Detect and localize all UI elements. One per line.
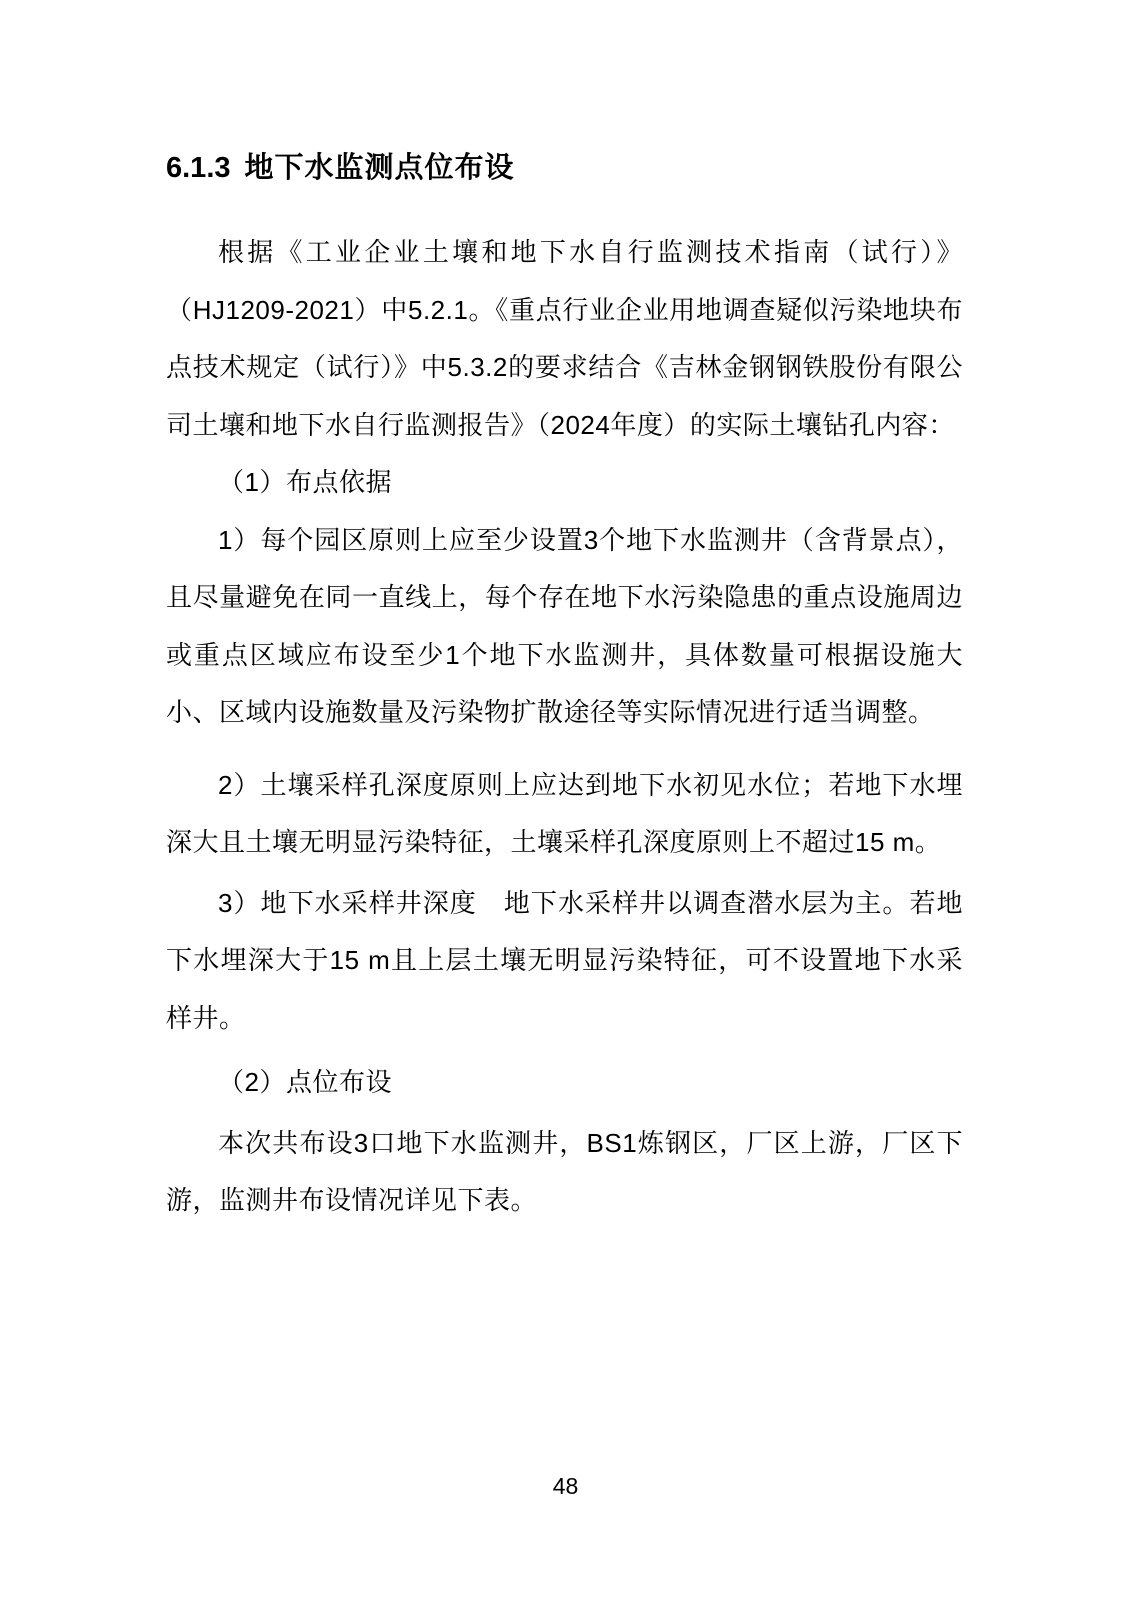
subheading-layout: （2）点位布设 xyxy=(166,1054,963,1112)
paragraph-closing: 本次共布设3口地下水监测井，BS1炼钢区，厂区上游，厂区下游，监测井布设情况详见… xyxy=(166,1115,963,1230)
paragraph-item2: 2）土壤采样孔深度原则上应达到地下水初见水位；若地下水埋深大且土壤无明显污染特征… xyxy=(166,757,963,872)
page-number: 48 xyxy=(0,1472,1131,1500)
paragraph-item1: 1）每个园区原则上应至少设置3个地下水监测井（含背景点），且尽量避免在同一直线上… xyxy=(166,512,963,742)
document-page: 6.1.3地下水监测点位布设 根据《工业企业土壤和地下水自行监测技术指南（试行）… xyxy=(0,0,1131,1600)
paragraph-item3: 3）地下水采样井深度 地下水采样井以调查潜水层为主。若地下水埋深大于15 m且上… xyxy=(166,875,963,1048)
section-number: 6.1.3 xyxy=(166,152,231,184)
page-content: 6.1.3地下水监测点位布设 根据《工业企业土壤和地下水自行监测技术指南（试行）… xyxy=(166,148,963,1230)
subheading-basis: （1）布点依据 xyxy=(166,454,963,512)
section-heading: 6.1.3地下水监测点位布设 xyxy=(166,148,963,188)
paragraph-intro: 根据《工业企业土壤和地下水自行监测技术指南（试行）》（HJ1209-2021）中… xyxy=(166,224,963,454)
section-title: 地下水监测点位布设 xyxy=(245,152,515,184)
